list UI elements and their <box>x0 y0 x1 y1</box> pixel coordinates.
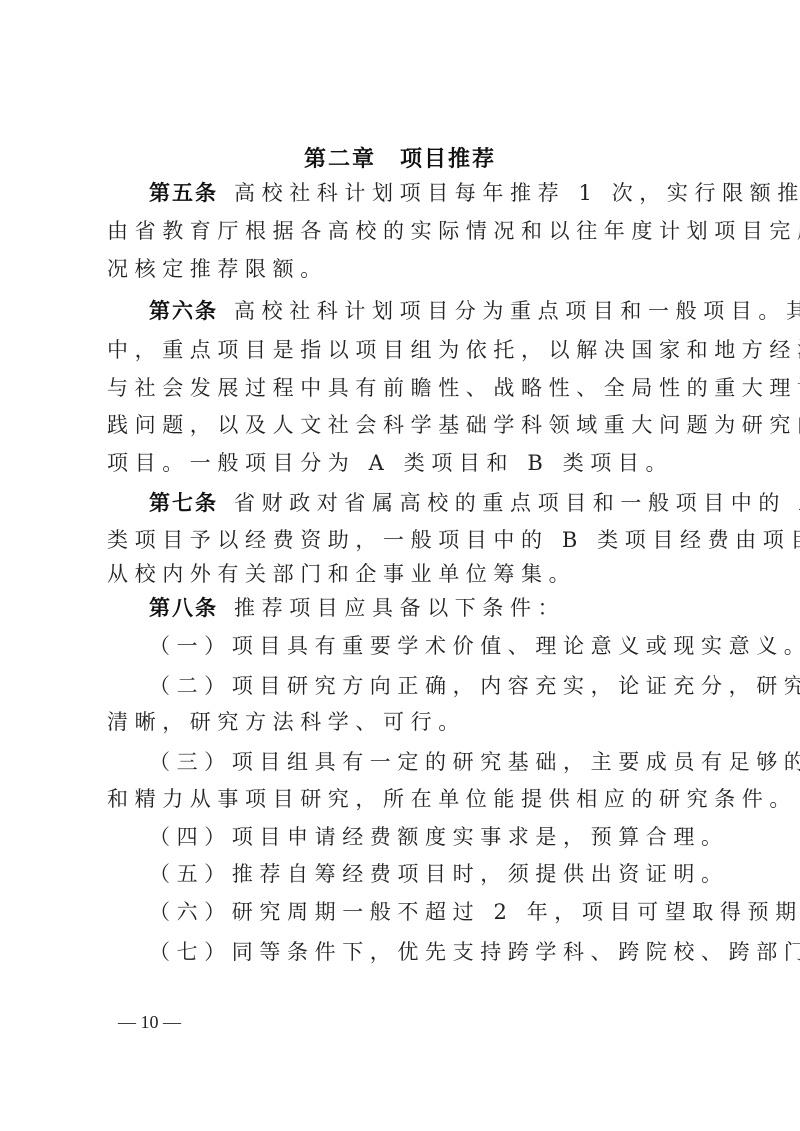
article-6-line-4: 践问题，以及人文社会科学基础学科领域重大问题为研究内容的 <box>107 409 699 441</box>
article-7-line-1: 第七条省财政对省属高校的重点项目和一般项目中的 A <box>149 487 699 519</box>
line-text: （七）同等条件下，优先支持跨学科、跨院校、跨部门联合 <box>149 940 800 964</box>
line-text: 和精力从事项目研究，所在单位能提供相应的研究条件。 <box>107 787 797 811</box>
line-text: （五）推荐自筹经费项目时，须提供出资证明。 <box>149 862 729 886</box>
condition-2-line-2: 清晰，研究方法科学、可行。 <box>107 706 699 738</box>
line-text: 省财政对省属高校的重点项目和一般项目中的 A <box>234 491 800 515</box>
line-text: （三）项目组具有一定的研究基础，主要成员有足够的时间 <box>149 750 800 774</box>
condition-2-line-1: （二）项目研究方向正确，内容充实，论证充分，研究思路 <box>149 670 699 702</box>
condition-7-line-1: （七）同等条件下，优先支持跨学科、跨院校、跨部门联合 <box>149 936 699 968</box>
line-text: 中，重点项目是指以项目组为依托，以解决国家和地方经济建设 <box>107 338 800 362</box>
line-text: （二）项目研究方向正确，内容充实，论证充分，研究思路 <box>149 674 800 698</box>
line-text: 项目。一般项目分为 A 类项目和 B 类项目。 <box>107 451 673 475</box>
page-number: — 10 — <box>118 1008 181 1036</box>
condition-3-line-1: （三）项目组具有一定的研究基础，主要成员有足够的时间 <box>149 746 699 778</box>
line-text: 类项目予以经费资助，一般项目中的 B 类项目经费由项目负责人 <box>107 528 800 552</box>
article-6-line-2: 中，重点项目是指以项目组为依托，以解决国家和地方经济建设 <box>107 334 699 366</box>
line-text: （四）项目申请经费额度实事求是，预算合理。 <box>149 825 729 849</box>
article-label: 第八条 <box>149 596 218 620</box>
line-text: 从校内外有关部门和企事业单位筹集。 <box>107 562 576 586</box>
line-text: （六）研究周期一般不超过 2 年，项目可望取得预期成果。 <box>149 900 800 924</box>
article-6-line-5: 项目。一般项目分为 A 类项目和 B 类项目。 <box>107 447 699 479</box>
line-text: 与社会发展过程中具有前瞻性、战略性、全局性的重大理论和实 <box>107 376 800 400</box>
article-8-line-1: 第八条推荐项目应具备以下条件： <box>149 592 699 624</box>
article-6-line-3: 与社会发展过程中具有前瞻性、战略性、全局性的重大理论和实 <box>107 372 699 404</box>
line-text: 清晰，研究方法科学、可行。 <box>107 710 466 734</box>
article-7-line-2: 类项目予以经费资助，一般项目中的 B 类项目经费由项目负责人 <box>107 524 699 556</box>
line-text: 高校社科计划项目分为重点项目和一般项目。其 <box>234 299 800 323</box>
line-text: 推荐项目应具备以下条件： <box>234 596 565 620</box>
article-5-line-1: 第五条高校社科计划项目每年推荐 1 次，实行限额推荐， <box>149 177 699 209</box>
line-text: 由省教育厅根据各高校的实际情况和以往年度计划项目完成情 <box>107 219 800 243</box>
line-text: 高校社科计划项目每年推荐 1 次，实行限额推荐， <box>234 181 800 205</box>
condition-4: （四）项目申请经费额度实事求是，预算合理。 <box>149 821 699 853</box>
article-5-line-3: 况核定推荐限额。 <box>107 253 699 285</box>
article-label: 第七条 <box>149 491 218 515</box>
article-7-line-3: 从校内外有关部门和企事业单位筹集。 <box>107 558 699 590</box>
condition-3-line-2: 和精力从事项目研究，所在单位能提供相应的研究条件。 <box>107 783 699 815</box>
article-label: 第六条 <box>149 299 218 323</box>
article-5-line-2: 由省教育厅根据各高校的实际情况和以往年度计划项目完成情 <box>107 215 699 247</box>
article-6-line-1: 第六条高校社科计划项目分为重点项目和一般项目。其 <box>149 295 699 327</box>
line-text: 践问题，以及人文社会科学基础学科领域重大问题为研究内容的 <box>107 413 800 437</box>
line-text: 况核定推荐限额。 <box>107 257 328 281</box>
condition-6: （六）研究周期一般不超过 2 年，项目可望取得预期成果。 <box>149 896 699 928</box>
article-label: 第五条 <box>149 181 218 205</box>
condition-1: （一）项目具有重要学术价值、理论意义或现实意义。 <box>149 630 699 662</box>
chapter-title: 第二章 项目推荐 <box>0 144 800 176</box>
condition-5: （五）推荐自筹经费项目时，须提供出资证明。 <box>149 858 699 890</box>
line-text: （一）项目具有重要学术价值、理论意义或现实意义。 <box>149 634 800 658</box>
document-page: 第二章 项目推荐 第五条高校社科计划项目每年推荐 1 次，实行限额推荐， 由省教… <box>0 0 800 1131</box>
